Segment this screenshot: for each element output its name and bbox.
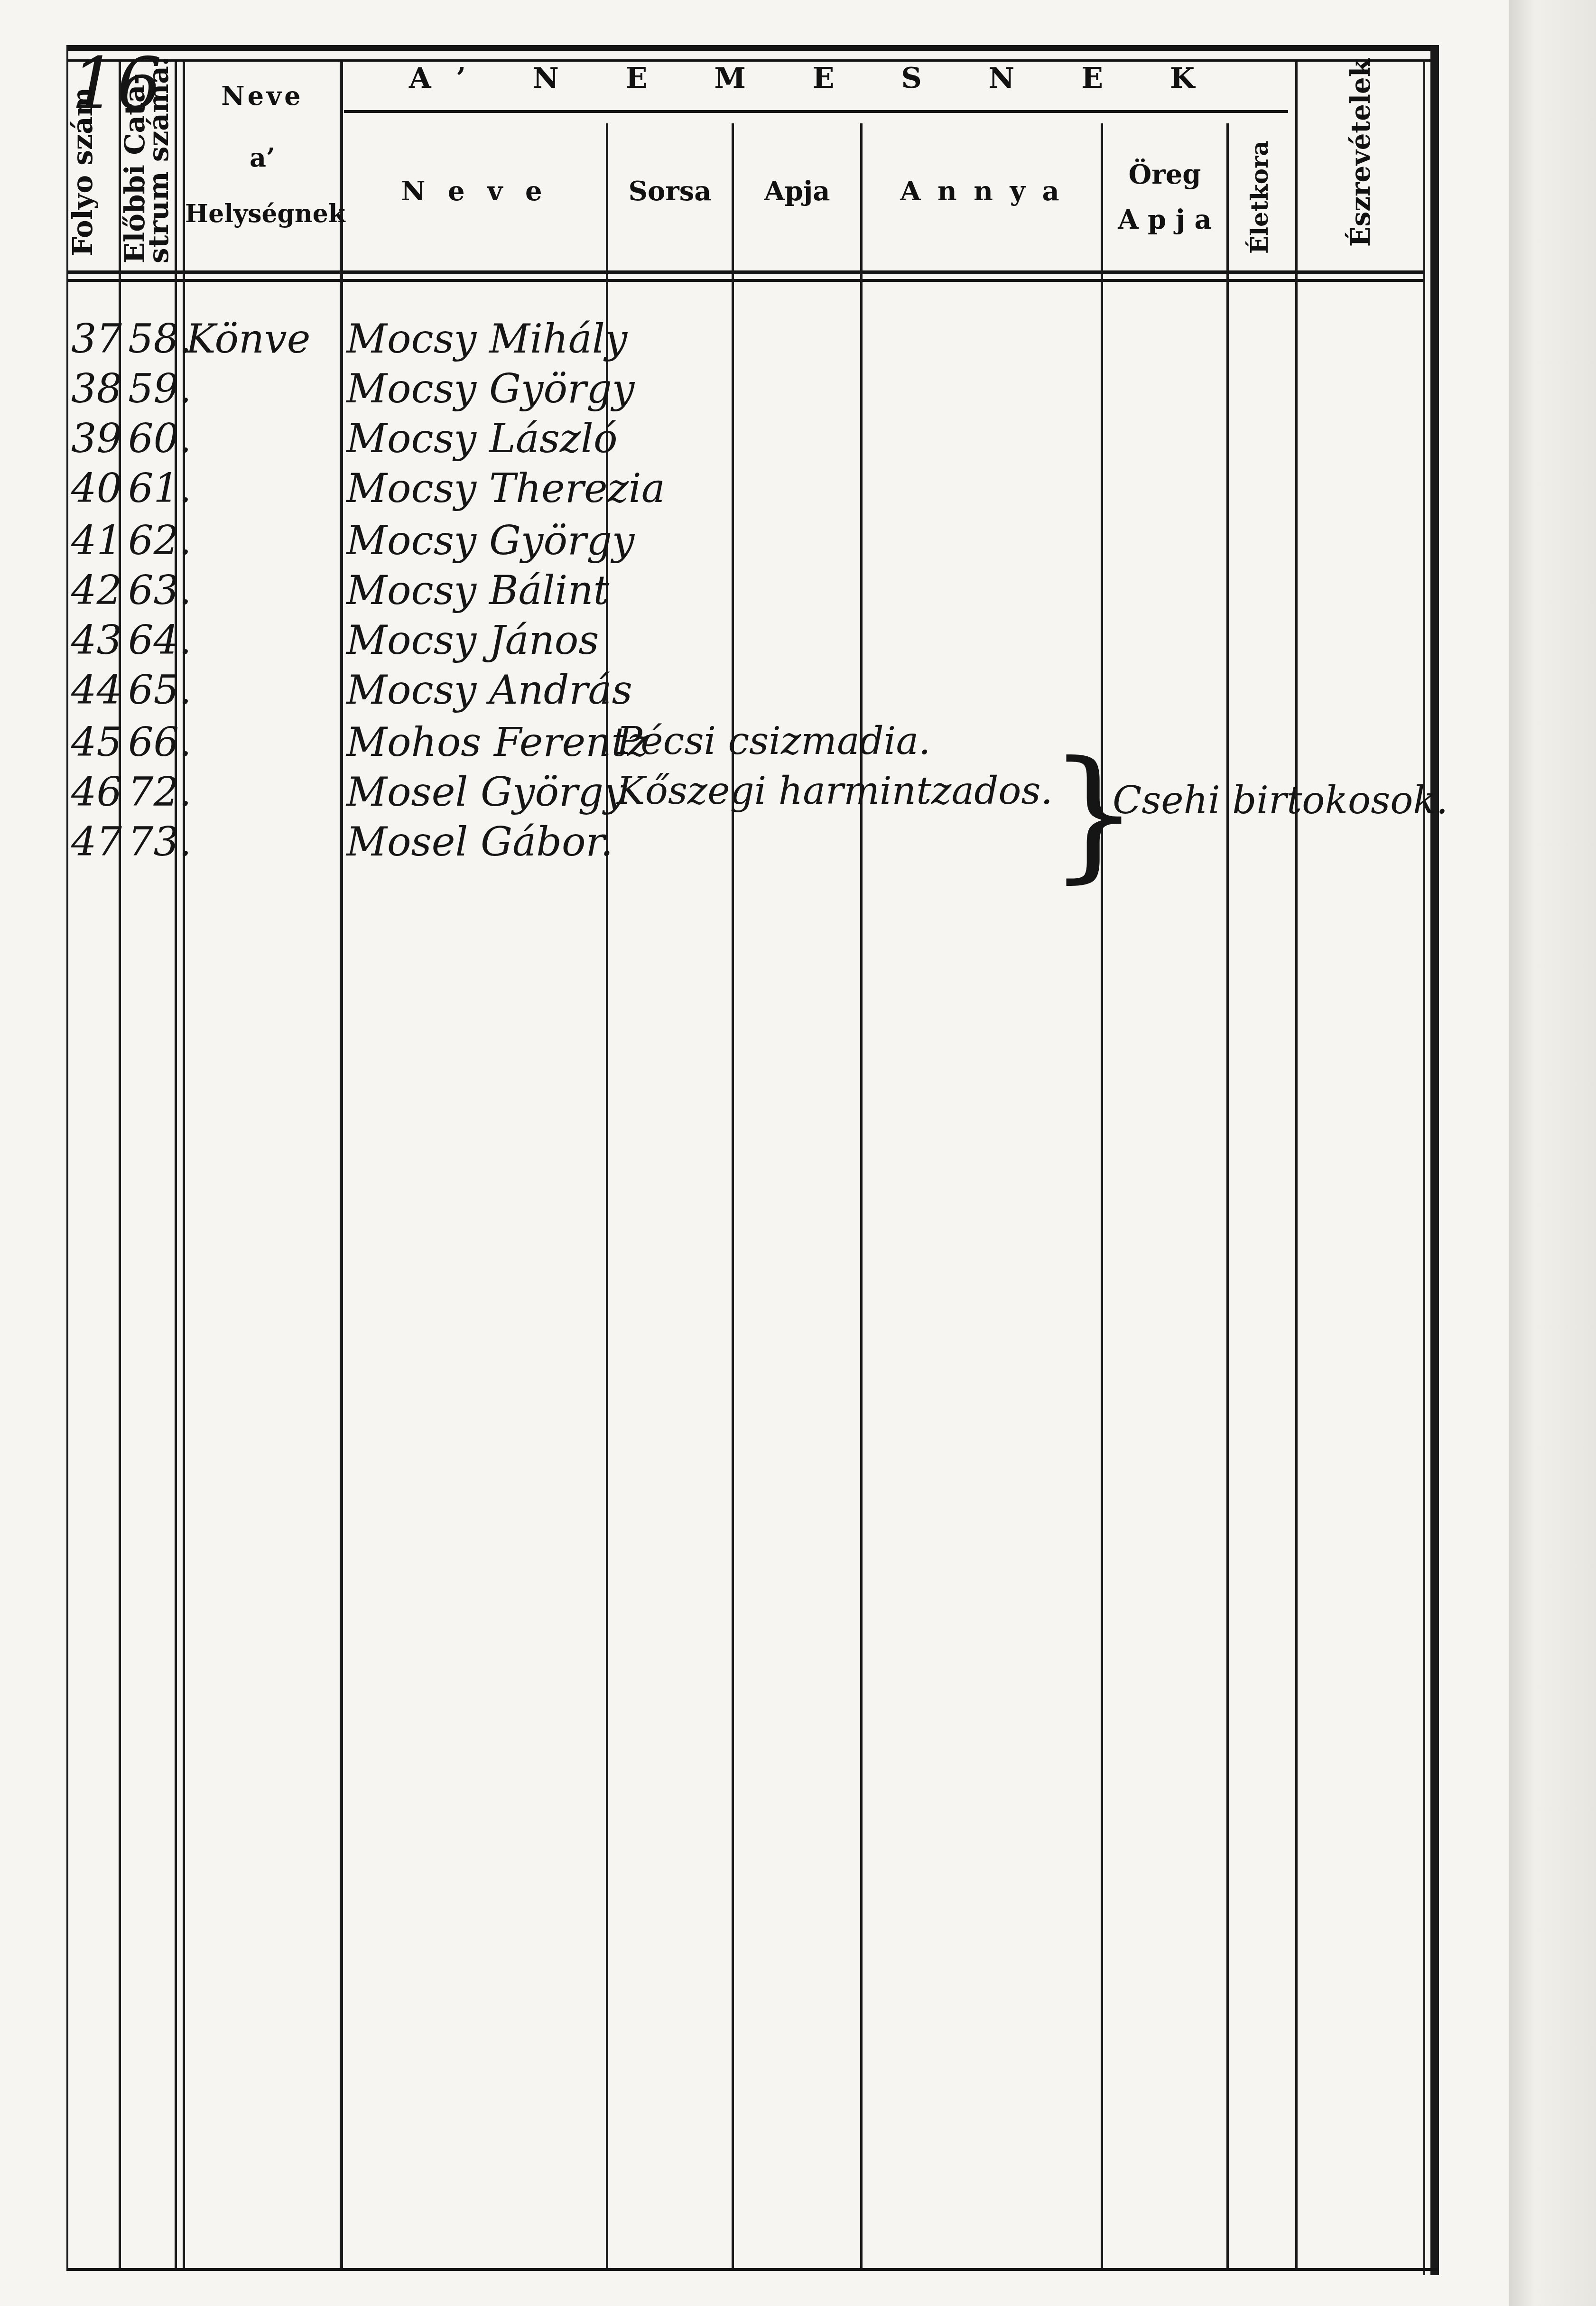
col-divider-sorsa [732,123,734,2268]
header-oreg-line1: Öreg [1103,159,1226,190]
header-neve: N e v e [344,176,606,207]
row-folio: 44 [71,667,122,713]
header-bottom-rule-2 [66,279,1423,282]
bracket-remark: Csehi birtokosok. [1113,778,1448,822]
row-catastrum: 66. [128,719,192,765]
left-border [66,45,68,2270]
header-place-line3: Helységnek [185,199,340,228]
header-place-line2: a’ [185,142,340,173]
row-catastrum: 61. [128,465,192,511]
header-folio: Folyo szám [66,87,99,256]
row-catastrum: 58. [128,316,192,362]
row-catastrum: 63. [128,567,192,614]
row-name: Mocsy László [346,415,618,462]
row-folio: 45 [71,719,122,765]
row-name: Mocsy Mihály [346,316,627,362]
header-place-line1: Neve [185,81,340,111]
row-name: Mocsy Therezia [346,465,665,511]
col-divider-place [340,62,343,2268]
row-name: Mocsy András [346,667,632,713]
row-name: Mosel Gábor. [346,818,613,865]
header-catastrum-line2: strum száma. [142,56,175,263]
col-divider-annya [1101,123,1103,2268]
register-page: 16 Folyo szám Előbbi Cata- strum száma. … [0,0,1596,2306]
row-folio: 47 [71,818,122,865]
right-border-thick [1430,45,1439,2275]
row-folio: 43 [71,617,122,663]
header-sorsa: Sorsa [608,176,732,207]
row-folio: 38 [71,365,122,412]
row-name: Mocsy János [346,617,599,663]
row-catastrum: 73. [128,818,192,865]
row-sorsa: Pécsi csizmadia. [617,719,931,763]
row-catastrum: 65. [128,667,192,713]
bottom-border [66,2268,1438,2271]
header-oreg-line2: A p j a [1103,204,1226,235]
row-name: Mocsy György [346,517,634,564]
row-folio: 40 [71,465,122,511]
row-catastrum: 59. [128,365,192,412]
row-folio: 37 [71,316,122,362]
row-place: Könve [186,316,310,362]
header-annya: A n n y a [863,176,1101,207]
group-sub-rule [344,110,1288,113]
book-page-edge [1509,0,1596,2306]
row-folio: 46 [71,769,122,815]
row-catastrum: 64. [128,617,192,663]
header-eletkora: Életkora [1245,140,1273,254]
header-bottom-rule-1 [66,270,1423,274]
header-group-title: A’ N E M E S N E K [344,62,1288,95]
row-folio: 39 [71,415,122,462]
col-divider-oreg-apja [1226,123,1229,2268]
header-apja: Apja [734,176,860,207]
row-name: Mocsy Bálint [346,567,609,614]
row-catastrum: 60. [128,415,192,462]
col-divider-eletkora [1295,62,1298,2268]
row-name: Mosel György [346,769,626,815]
header-remarks: Észrevételek [1345,58,1376,247]
col-divider-apja [860,123,863,2268]
row-folio: 42 [71,567,122,614]
row-name: Mohos Ferentz [346,719,648,765]
top-border-thick [66,45,1433,51]
row-sorsa: Kőszegi harmintzados. [617,769,1053,813]
row-name: Mocsy György [346,365,634,412]
row-catastrum: 72. [128,769,192,815]
row-folio: 41 [71,517,122,564]
row-catastrum: 62. [128,517,192,564]
right-border-thin [1423,59,1425,2275]
